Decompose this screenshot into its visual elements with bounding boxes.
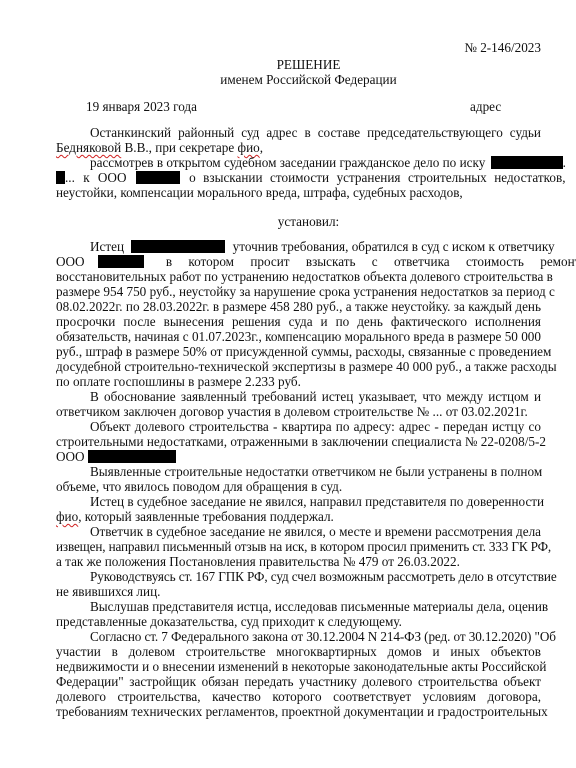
intro-text: ... к ООО [65, 170, 126, 185]
body-line: извещен, направил письменный отзыв на ис… [56, 539, 541, 554]
intro-line-3: рассмотрев в открытом судебном заседании… [56, 155, 541, 170]
body-line: досудебной строительно-технической экспе… [56, 359, 541, 374]
body-line: Выявленные строительные недостатки ответ… [56, 464, 541, 479]
intro-line-5: неустойки, компенсации морального вреда,… [56, 185, 541, 200]
body-line: Истец в судебное заседание не явился, на… [56, 494, 541, 509]
secretary-fio: фио [238, 140, 260, 155]
decision-date: 19 января 2023 года [86, 99, 197, 114]
judge-name: Бедняковой [56, 140, 121, 155]
intro-text: . [563, 155, 566, 170]
redacted-defendant [136, 171, 180, 184]
redacted-specialist-org [88, 450, 176, 463]
body-line: фио, который заявленные требования подде… [56, 509, 541, 524]
body-text: ООО [56, 449, 85, 464]
body-text: ООО [56, 254, 85, 269]
redacted-plaintiff [131, 240, 225, 253]
body-line: Ответчик в судебное заседание не явился,… [56, 524, 541, 539]
body-line: Истец уточнив требования, обратился в су… [56, 239, 541, 254]
document-subtitle: именем Российской Федерации [66, 72, 551, 87]
body-text: уточнив требования, обратился в суд с ис… [233, 239, 555, 254]
case-number: № 2-146/2023 [56, 40, 541, 55]
body-line: В обоснование заявленный требований исте… [56, 389, 541, 404]
document-page: № 2-146/2023 РЕШЕНИЕ именем Российской Ф… [0, 0, 576, 768]
body-line: 08.02.2022г. по 28.03.2022г. в размере 4… [56, 299, 541, 314]
redacted-text [56, 171, 65, 184]
body-line: просрочки после вынесения решения суда и… [56, 314, 541, 329]
decision-place: адрес [470, 99, 501, 114]
body-line: не явившихся лиц. [56, 584, 541, 599]
body-line: ООО [56, 449, 541, 464]
body-line: а так же положения Постановления правите… [56, 554, 541, 569]
body-line: размере 954 750 руб., неустойку за наруш… [56, 284, 541, 299]
body-line: объеме, что явилось поводом для обращени… [56, 479, 541, 494]
body-text: в котором просит взыскать с ответчика ст… [166, 254, 576, 269]
intro-text: рассмотрев в открытом судебном заседании… [90, 155, 485, 170]
body-line: недвижимости и о внесении изменений в не… [56, 659, 541, 674]
body-line: обязательств, начиная с 01.07.2023г., ко… [56, 329, 541, 344]
document-title: РЕШЕНИЕ [66, 57, 551, 72]
intro-text: о взыскании стоимости устранения строите… [189, 170, 565, 185]
body-line: участии в долевом строительстве многоква… [56, 644, 541, 659]
body-line: ООО в котором просит взыскать с ответчик… [56, 254, 541, 269]
body-line: Выслушав представителя истца, исследовав… [56, 599, 541, 614]
intro-line-2: Бедняковой В.В., при секретаре фио, [56, 140, 541, 155]
representative-fio: фио [56, 509, 78, 524]
redacted-plaintiff [491, 156, 563, 169]
body-line: Объект долевого строительства - квартира… [56, 419, 541, 434]
body-line: по оплате госпошлины в размере 2.233 руб… [56, 374, 541, 389]
body-line: долевого строительства, качество которог… [56, 689, 541, 704]
body-line: восстановительных работ по устранению не… [56, 269, 541, 284]
body-line: ответчиком заключен договор участия в до… [56, 404, 541, 419]
body-text: , который заявленные требования поддержа… [78, 509, 334, 524]
body-line: представленные доказательства, суд прихо… [56, 614, 541, 629]
established-heading: установил: [66, 214, 551, 229]
intro-line-4: ... к ООО о взыскании стоимости устранен… [56, 170, 541, 185]
body-line: Согласно ст. 7 Федерального закона от 30… [56, 629, 541, 644]
body-line: Федерации" застройщик обязан передать уч… [56, 674, 541, 689]
intro-text: В.В., при секретаре [121, 140, 237, 155]
body-line: требованиям технических регламентов, про… [56, 704, 541, 719]
body-line: строительными недостатками, отраженными … [56, 434, 541, 449]
intro-line-1: Останкинский районный суд адрес в состав… [56, 125, 541, 140]
intro-text: , [260, 140, 263, 155]
body-line: руб., штраф в размере 50% от присужденно… [56, 344, 541, 359]
body-line: Руководствуясь ст. 167 ГПК РФ, суд счел … [56, 569, 541, 584]
body-text: Истец [90, 239, 124, 254]
redacted-defendant [98, 255, 144, 268]
